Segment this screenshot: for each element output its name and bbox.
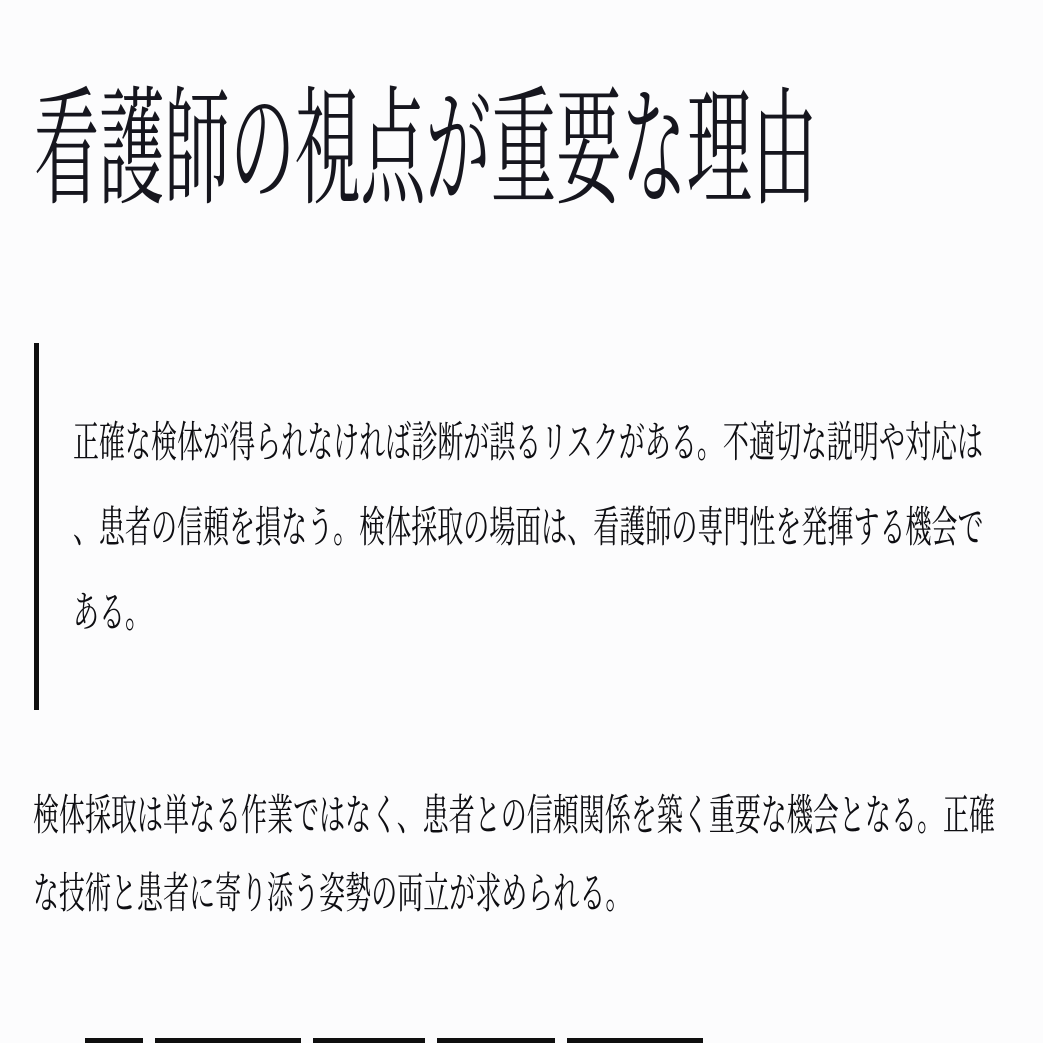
document-page: 看護師の視点が重要な理由 正確な検体が得られなければ診断が誤るリスクがある。不適…	[0, 0, 1043, 1043]
body-paragraph: 検体採取は単なる作業ではなく、患者との信頼関係を築く重要な機会となる。正確 な技…	[33, 777, 1043, 933]
blockquote: 正確な検体が得られなければ診断が誤るリスクがある。不適切な説明や対応は 、患者の…	[34, 343, 1043, 710]
blockquote-line-1: 正確な検体が得られなければ診断が誤るリスクがある。不適切な説明や対応は	[73, 401, 1017, 486]
cutoff-text-fragment	[85, 1038, 143, 1043]
cutoff-text-strip	[85, 1038, 703, 1043]
cutoff-text-fragment	[313, 1038, 425, 1043]
blockquote-line-3: ある。	[73, 571, 1017, 656]
paragraph-line-2: な技術と患者に寄り添う姿勢の両立が求められる。	[33, 855, 1013, 933]
cutoff-text-fragment	[437, 1038, 555, 1043]
blockquote-text: 正確な検体が得られなければ診断が誤るリスクがある。不適切な説明や対応は 、患者の…	[73, 401, 1017, 656]
cutoff-text-fragment	[567, 1038, 703, 1043]
cutoff-text-fragment	[155, 1038, 301, 1043]
page-title: 看護師の視点が重要な理由	[34, 84, 817, 216]
body-paragraph-text: 検体採取は単なる作業ではなく、患者との信頼関係を築く重要な機会となる。正確 な技…	[33, 777, 1013, 933]
paragraph-line-1: 検体採取は単なる作業ではなく、患者との信頼関係を築く重要な機会となる。正確	[33, 777, 1013, 855]
blockquote-line-2: 、患者の信頼を損なう。検体採取の場面は、看護師の専門性を発揮する機会で	[73, 486, 1017, 571]
